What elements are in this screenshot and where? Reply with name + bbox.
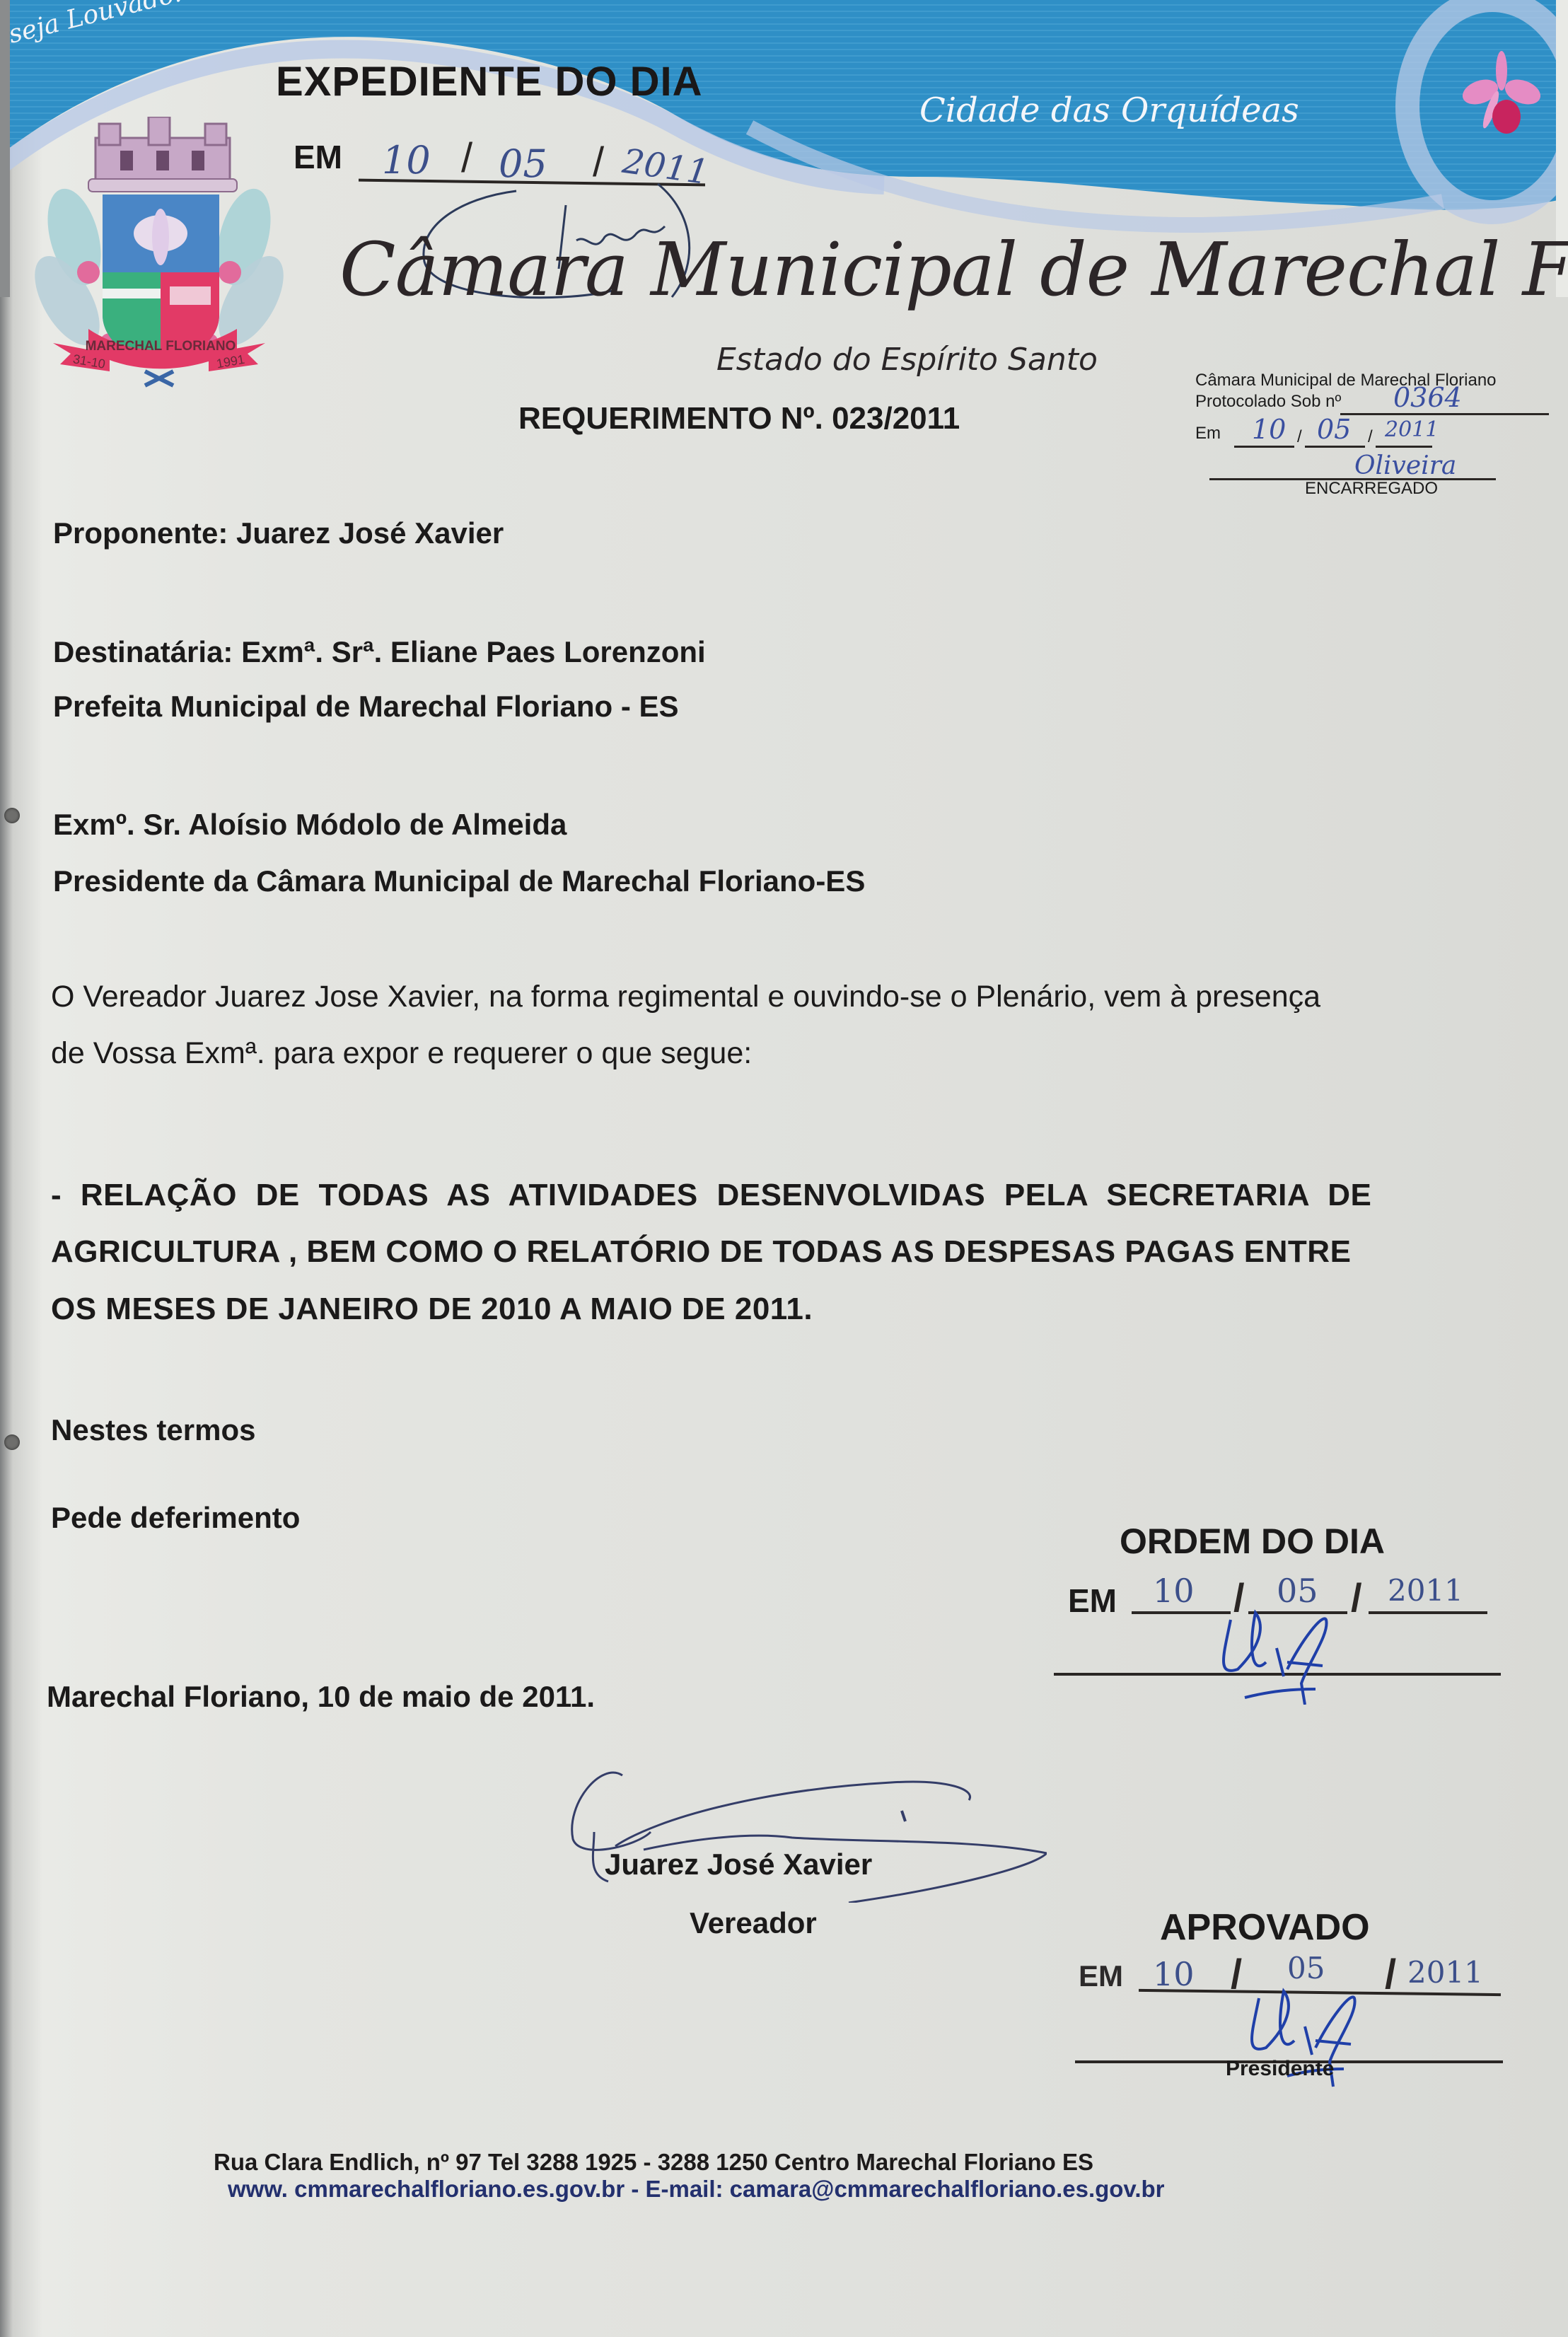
ordem-year: 2011 [1388, 1573, 1463, 1608]
protocol-year-line [1376, 446, 1432, 448]
expediente-date: EM [294, 138, 342, 176]
intro-line-2: de Vossa Exmª. para expor e requerer o q… [51, 1036, 752, 1071]
request-line-3: OS MESES DE JANEIRO DE 2010 A MAIO DE 20… [51, 1292, 813, 1327]
expediente-em-label: EM [294, 139, 342, 175]
protocol-year: 2011 [1385, 417, 1439, 442]
protocol-label: Protocolado Sob nº [1195, 393, 1341, 410]
protocol-day: 10 [1252, 414, 1286, 445]
closing-request: Pede deferimento [51, 1501, 300, 1535]
footer-address: Rua Clara Endlich, nº 97 Tel 3288 1925 -… [214, 2149, 1093, 2176]
ordem-day-line [1132, 1611, 1231, 1614]
document-page: MARECHAL FLORIANO 31-10 1991 seja Louvad… [0, 0, 1568, 2337]
protocol-signature: Oliveira [1354, 451, 1456, 480]
protocol-number: 0364 [1393, 382, 1462, 413]
aprovado-em-label: EM [1079, 1959, 1123, 1993]
aprovado-slash-1: / [1231, 1951, 1242, 1998]
svg-text:MARECHAL FLORIANO: MARECHAL FLORIANO [86, 339, 236, 354]
orchid-icon [1463, 50, 1540, 141]
protocol-slash-1: / [1297, 428, 1302, 446]
aprovado-day: 10 [1153, 1955, 1195, 1993]
aprovado-month: 05 [1287, 1951, 1325, 1985]
ordem-month: 05 [1277, 1572, 1318, 1610]
protocol-slash-2: / [1368, 428, 1373, 446]
recipient-name: Destinatária: Exmª. Srª. Eliane Paes Lor… [53, 635, 706, 669]
ordem-slash-2: / [1351, 1575, 1362, 1620]
recipient-title: Prefeita Municipal de Marechal Floriano … [53, 690, 679, 724]
place-date: Marechal Floriano, 10 de maio de 2011. [47, 1680, 595, 1714]
binder-hole [4, 808, 20, 823]
ordem-year-line [1369, 1611, 1487, 1614]
request-line-2: AGRICULTURA , BEM COMO O RELATÓRIO DE TO… [51, 1234, 1351, 1270]
proponent: Proponente: Juarez José Xavier [53, 516, 504, 550]
intro-line-1: O Vereador Juarez Jose Xavier, na forma … [51, 980, 1320, 1014]
binder-hole [4, 1434, 20, 1450]
protocol-day-line [1234, 446, 1294, 448]
coat-of-arms-icon: MARECHAL FLORIANO 31-10 1991 [32, 117, 286, 400]
signer-name: Juarez José Xavier [605, 1848, 872, 1881]
aprovado-slash-2: / [1385, 1951, 1396, 1998]
ordem-signature [1216, 1606, 1344, 1705]
slogan-text: Cidade das Orquídeas [919, 91, 1299, 130]
protocol-em-label: Em [1195, 424, 1221, 442]
ordem-em-label: EM [1068, 1582, 1117, 1620]
footer-contact: www. cmmarechalfloriano.es.gov.br - E-ma… [228, 2176, 1165, 2203]
expediente-title: EXPEDIENTE DO DIA [276, 58, 703, 105]
aprovado-year: 2011 [1407, 1955, 1483, 1990]
aprovado-role: Presidente [1226, 2057, 1334, 2081]
signer-role: Vereador [690, 1906, 817, 1940]
cc-title: Presidente da Câmara Municipal de Marech… [53, 864, 865, 898]
protocol-month-line [1305, 446, 1365, 448]
ordem-do-dia-title: ORDEM DO DIA [1120, 1521, 1385, 1562]
document-title: REQUERIMENTO Nº. 023/2011 [518, 401, 960, 436]
protocol-month: 05 [1317, 414, 1351, 445]
closing-terms: Nestes termos [51, 1413, 255, 1447]
institution-title: Câmara Municipal de Marechal Floriano [339, 226, 1568, 313]
state-subtitle: Estado do Espírito Santo [716, 342, 1098, 378]
protocol-number-line [1340, 413, 1549, 415]
ordem-day: 10 [1153, 1572, 1195, 1610]
cc-name: Exmº. Sr. Aloísio Módolo de Almeida [53, 808, 567, 842]
aprovado-title: APROVADO [1160, 1906, 1370, 1949]
request-line-1: - RELAÇÃO DE TODAS AS ATIVIDADES DESENVO… [51, 1178, 1371, 1213]
protocol-role: ENCARREGADO [1305, 480, 1438, 497]
